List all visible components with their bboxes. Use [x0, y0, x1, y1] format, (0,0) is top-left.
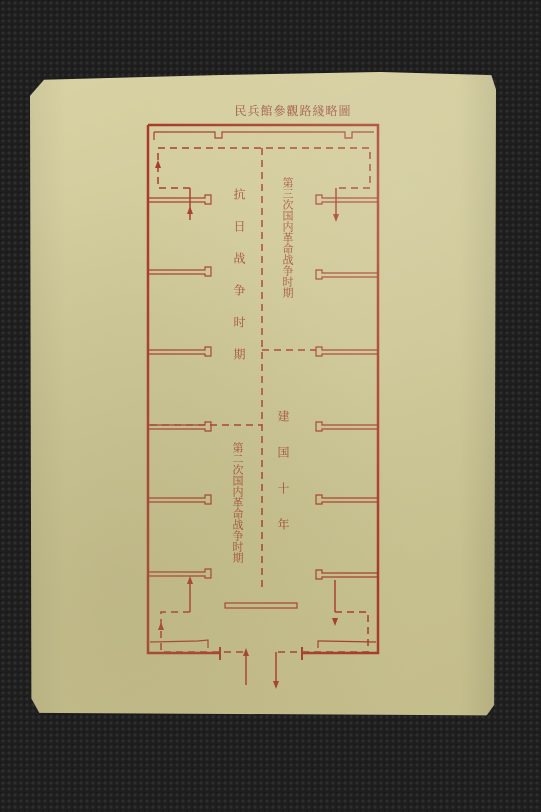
- paper-sheet: 民兵館參觀路綫略圖: [30, 70, 496, 718]
- label-ten-years-founding: 建国十年: [277, 410, 289, 554]
- label-second-civil-war: 第二次国内革命战争时期: [232, 442, 243, 563]
- screen-wall: [225, 603, 297, 608]
- label-anti-japanese-war: 抗日战争时期: [233, 188, 245, 380]
- right-partitions: [316, 195, 378, 648]
- left-partitions: [148, 195, 211, 648]
- label-third-civil-war: 第三次国内革命战争时期: [282, 177, 293, 298]
- outer-wall: [148, 125, 378, 653]
- route-arrows: [190, 188, 336, 687]
- floor-plan-diagram: [30, 70, 496, 718]
